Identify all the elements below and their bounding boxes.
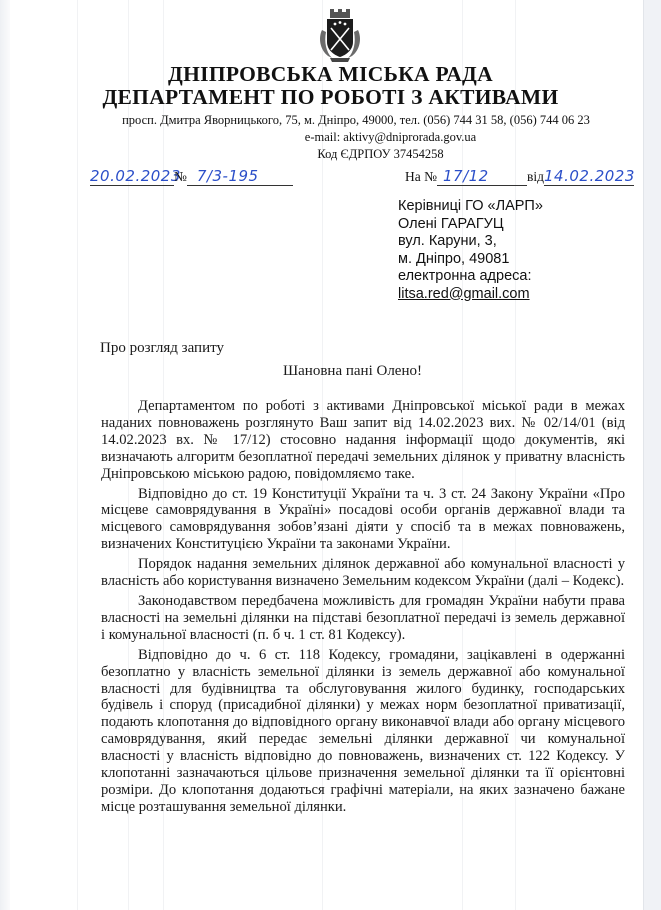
incoming-number: 17/12	[437, 167, 527, 186]
addressee-line: м. Дніпро, 49081	[398, 251, 543, 269]
outgoing-date: 20.02.2023	[90, 167, 174, 186]
letter-subject: Про розгляд запиту	[100, 340, 224, 357]
addressee-line: електронна адреса:	[398, 268, 543, 286]
outgoing-number: 7/3-195	[187, 167, 293, 186]
dnipro-coat-of-arms-icon	[316, 8, 364, 64]
addressee-line: Олені ГАРАГУЦ	[398, 216, 543, 234]
outgoing-reference: 20.02.2023№7/3-195	[90, 167, 293, 189]
organization-title: ДНІПРОВСЬКА МІСЬКА РАДА	[0, 62, 661, 87]
incoming-reference: На №17/12від14.02.2023	[405, 167, 634, 189]
addressee-block: Керівниці ГО «ЛАРП» Олені ГАРАГУЦ вул. К…	[398, 198, 543, 303]
organization-address: просп. Дмитра Яворницького, 75, м. Дніпр…	[56, 113, 656, 128]
incoming-date: 14.02.2023	[544, 167, 634, 186]
addressee-email: litsa.red@gmail.com	[398, 286, 543, 304]
body-paragraph: Порядок надання земельних ділянок держав…	[101, 556, 625, 590]
organization-edrpou: Код ЄДРПОУ 37454258	[50, 147, 661, 162]
number-label: №	[174, 169, 187, 184]
body-paragraph: Законодавством передбачена можливість дл…	[101, 593, 625, 644]
incoming-number-label: На №	[405, 169, 437, 184]
incoming-date-label: від	[527, 169, 544, 184]
letter-body: Департаментом по роботі з активами Дніпр…	[101, 398, 625, 816]
body-paragraph: Відповідно до ч. 6 ст. 118 Кодексу, гром…	[101, 647, 625, 816]
department-title: ДЕПАРТАМЕНТ ПО РОБОТІ З АКТИВАМИ	[0, 85, 661, 110]
scan-edge-left	[0, 0, 10, 910]
organization-email: e-mail: aktivy@dniprorada.gov.ua	[60, 130, 661, 145]
body-paragraph: Департаментом по роботі з активами Дніпр…	[101, 398, 625, 483]
addressee-line: Керівниці ГО «ЛАРП»	[398, 198, 543, 216]
addressee-line: вул. Каруни, 3,	[398, 233, 543, 251]
letter-greeting: Шановна пані Олено!	[0, 363, 661, 380]
body-paragraph: Відповідно до ст. 19 Конституції України…	[101, 486, 625, 554]
